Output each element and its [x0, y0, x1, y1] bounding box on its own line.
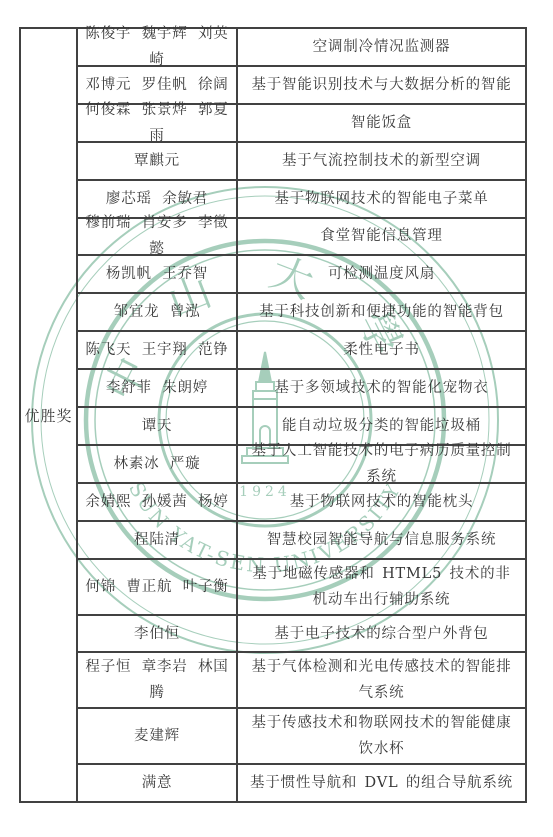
project-cell: 可检测温度风扇 — [238, 256, 525, 292]
table-row: 穆前瑞 肖安多 李徵懿 食堂智能信息管理 — [78, 219, 525, 257]
table-row: 李伯恒 基于电子技术的综合型户外背包 — [78, 616, 525, 654]
table-row: 覃麒元 基于气流控制技术的新型空调 — [78, 143, 525, 181]
names-cell: 程陆清 — [78, 522, 238, 558]
names-cell: 谭天 — [78, 408, 238, 444]
names-cell: 覃麒元 — [78, 143, 238, 179]
project-cell: 基于科技创新和便捷功能的智能背包 — [238, 294, 525, 330]
names-cell: 满意 — [78, 765, 238, 801]
names-cell: 余婧熙 孙媛茜 杨婷 — [78, 484, 238, 520]
table-row: 麦建辉 基于传感技术和物联网技术的智能健康饮水杯 — [78, 709, 525, 765]
award-category-label: 优胜奖 — [24, 405, 72, 426]
project-cell: 基于惯性导航和 DVL 的组合导航系统 — [238, 765, 525, 801]
table-row: 邹宜龙 曾泓 基于科技创新和便捷功能的智能背包 — [78, 294, 525, 332]
table-row: 满意 基于惯性导航和 DVL 的组合导航系统 — [78, 765, 525, 801]
project-cell: 基于气流控制技术的新型空调 — [238, 143, 525, 179]
names-cell: 陈飞天 王宇翔 范铮 — [78, 332, 238, 368]
names-cell: 陈俊宇 魏宇辉 刘英崎 — [78, 29, 238, 65]
table-row: 杨凯帆 王乔智 可检测温度风扇 — [78, 256, 525, 294]
names-cell: 穆前瑞 肖安多 李徵懿 — [78, 219, 238, 255]
names-cell: 杨凯帆 王乔智 — [78, 256, 238, 292]
project-cell: 智慧校园智能导航与信息服务系统 — [238, 522, 525, 558]
names-cell: 邹宜龙 曾泓 — [78, 294, 238, 330]
project-cell: 基于智能识别技术与大数据分析的智能 — [238, 67, 525, 103]
table-row: 陈飞天 王宇翔 范铮 柔性电子书 — [78, 332, 525, 370]
project-cell: 基于电子技术的综合型户外背包 — [238, 616, 525, 652]
names-cell: 麦建辉 — [78, 709, 238, 763]
project-cell: 柔性电子书 — [238, 332, 525, 368]
project-cell: 基于物联网技术的智能电子菜单 — [238, 181, 525, 217]
table-row: 林素冰 严璇 基于人工智能技术的电子病历质量控制系统 — [78, 446, 525, 484]
table-row: 李舒菲 朱朗婷 基于多领域技术的智能化宠物衣 — [78, 370, 525, 408]
table-row: 程子恒 章李岩 林国腾 基于气体检测和光电传感技术的智能排气系统 — [78, 653, 525, 709]
names-cell: 李舒菲 朱朗婷 — [78, 370, 238, 406]
award-category-cell: 优胜奖 — [21, 29, 78, 801]
table-row: 余婧熙 孙媛茜 杨婷 基于物联网技术的智能枕头 — [78, 484, 525, 522]
project-cell: 基于多领域技术的智能化宠物衣 — [238, 370, 525, 406]
project-cell: 基于人工智能技术的电子病历质量控制系统 — [238, 446, 525, 482]
project-cell: 智能饭盒 — [238, 105, 525, 141]
table-row: 何锦 曹正航 叶子衡 基于地磁传感器和 HTML5 技术的非机动车出行辅助系统 — [78, 560, 525, 616]
awards-table: 优胜奖 陈俊宇 魏宇辉 刘英崎 空调制冷情况监测器 邓博元 罗佳帆 徐阔 基于智… — [19, 27, 527, 803]
names-cell: 何俊霖 张景烨 郭夏雨 — [78, 105, 238, 141]
names-cell: 程子恒 章李岩 林国腾 — [78, 653, 238, 707]
project-cell: 空调制冷情况监测器 — [238, 29, 525, 65]
table-row: 何俊霖 张景烨 郭夏雨 智能饭盒 — [78, 105, 525, 143]
names-cell: 何锦 曹正航 叶子衡 — [78, 560, 238, 614]
table-row: 陈俊宇 魏宇辉 刘英崎 空调制冷情况监测器 — [78, 29, 525, 67]
names-cell: 李伯恒 — [78, 616, 238, 652]
table-row: 程陆清 智慧校园智能导航与信息服务系统 — [78, 522, 525, 560]
project-cell: 基于传感技术和物联网技术的智能健康饮水杯 — [238, 709, 525, 763]
rows-container: 陈俊宇 魏宇辉 刘英崎 空调制冷情况监测器 邓博元 罗佳帆 徐阔 基于智能识别技… — [78, 29, 525, 801]
names-cell: 林素冰 严璇 — [78, 446, 238, 482]
project-cell: 基于地磁传感器和 HTML5 技术的非机动车出行辅助系统 — [238, 560, 525, 614]
project-cell: 基于物联网技术的智能枕头 — [238, 484, 525, 520]
project-cell: 基于气体检测和光电传感技术的智能排气系统 — [238, 653, 525, 707]
project-cell: 食堂智能信息管理 — [238, 219, 525, 255]
